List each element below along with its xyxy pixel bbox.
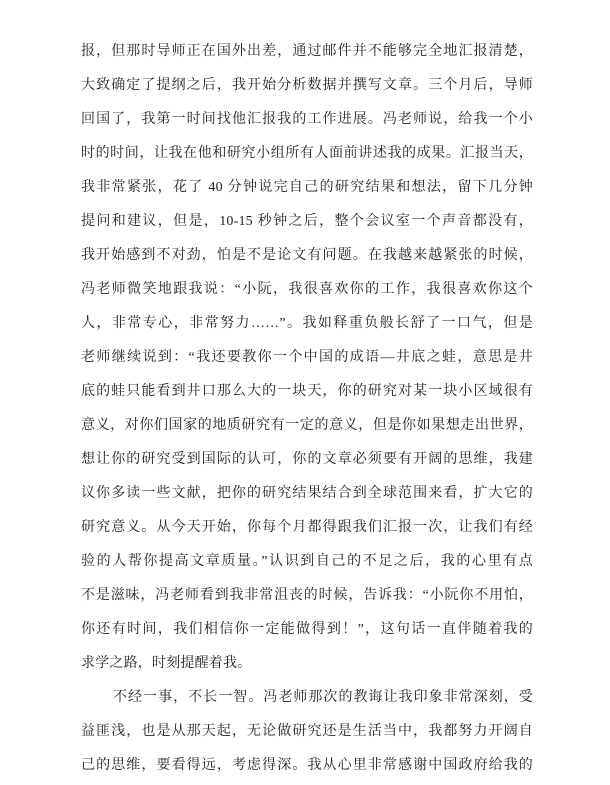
document-text-body: 报，但那时导师正在国外出差，通过邮件并不能够完全地汇报清楚，大致确定了提纲之后，… [81,35,533,783]
text-line: 不是滋味，冯老师看到我非常沮丧的时候，告诉我：“小阮你不用怕， [81,579,533,613]
text-line: 议你多读一些文献，把你的研究结果结合到全球范围来看，扩大它的 [81,477,533,511]
text-line: 冯老师微笑地跟我说：“小阮，我很喜欢你的工作，我很喜欢你这个 [81,273,533,307]
text-line: 求学之路，时刻提醒着我。 [81,647,533,681]
text-line: 我非常紧张，花了 40 分钟说完自己的研究结果和想法，留下几分钟 [81,171,533,205]
document-page: 报，但那时导师正在国外出差，通过邮件并不能够完全地汇报清楚，大致确定了提纲之后，… [0,0,610,785]
text-line: 大致确定了提纲之后，我开始分析数据并撰写文章。三个月后，导师 [81,69,533,103]
text-line: 不经一事，不长一智。冯老师那次的教诲让我印象非常深刻，受 [81,681,533,715]
text-line: 我开始感到不对劲，怕是不是论文有问题。在我越来越紧张的时候， [81,239,533,273]
text-line: 人，非常专心，非常努力……”。我如释重负般长舒了一口气，但是 [81,307,533,341]
text-line: 时的时间，让我在他和研究小组所有人面前讲述我的成果。汇报当天， [81,137,533,171]
text-line: 益匪浅，也是从那天起，无论做研究还是生活当中，我都努力开阔自 [81,715,533,749]
text-line: 想让你的研究受到国际的认可，你的文章必须要有开阔的思维，我建 [81,443,533,477]
text-line: 研究意义。从今天开始，你每个月都得跟我们汇报一次，让我们有经 [81,511,533,545]
text-line: 提问和建议，但是，10-15 秒钟之后，整个会议室一个声音都没有， [81,205,533,239]
text-line: 你还有时间，我们相信你一定能做得到！”，这句话一直伴随着我的 [81,613,533,647]
text-line: 验的人帮你提高文章质量。”认识到自己的不足之后，我的心里有点 [81,545,533,579]
text-line: 底的蛙只能看到井口那么大的一块天，你的研究对某一块小区域很有 [81,375,533,409]
text-line: 回国了，我第一时间找他汇报我的工作进展。冯老师说，给我一个小 [81,103,533,137]
text-line: 报，但那时导师正在国外出差，通过邮件并不能够完全地汇报清楚， [81,35,533,69]
text-line: 老师继续说到：“我还要教你一个中国的成语—井底之蛙，意思是井 [81,341,533,375]
text-line: 己的思维，要看得远，考虑得深。我从心里非常感谢中国政府给我的 [81,749,533,783]
text-line: 意义，对你们国家的地质研究有一定的意义，但是你如果想走出世界， [81,409,533,443]
